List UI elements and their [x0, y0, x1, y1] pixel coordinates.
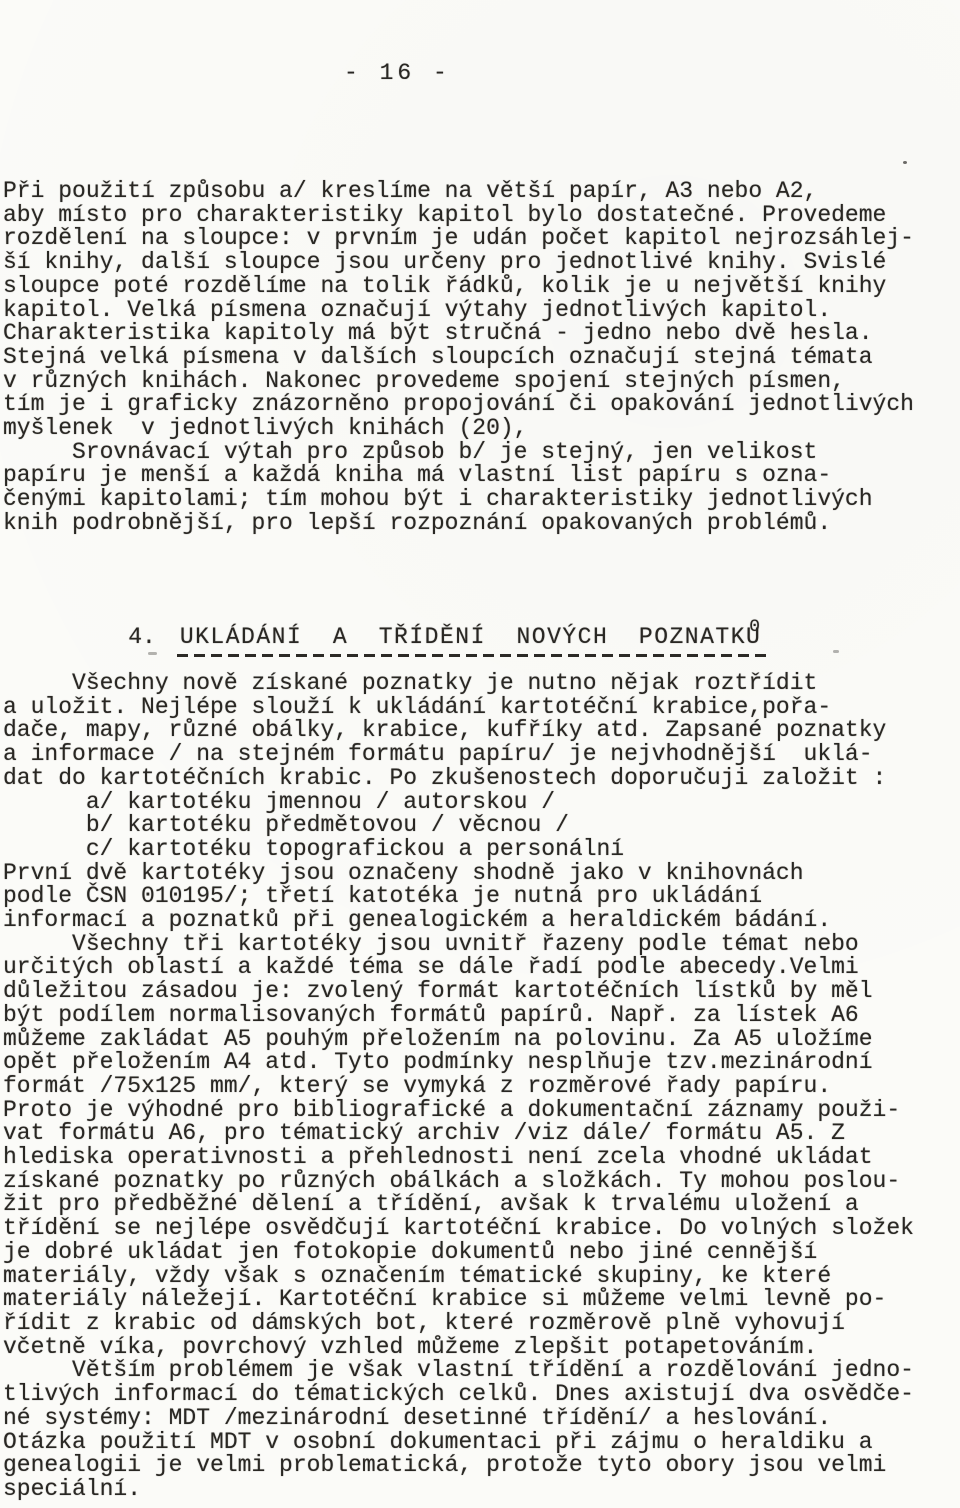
text-line: žit pro předběžné dělení a třídění, avša… — [3, 1193, 914, 1217]
text-line: vat formátu A6, pro tématický archiv /vi… — [3, 1122, 914, 1146]
section-number: 4. — [128, 624, 156, 650]
text-line: a informace / na stejném formátu papíru/… — [3, 743, 914, 767]
text-line: Srovnávací výtah pro způsob b/ je stejný… — [3, 441, 914, 465]
text-line: dat do kartotéčních krabic. Po zkušenost… — [3, 767, 914, 791]
scan-speck — [148, 652, 157, 655]
paragraph-storage-sorting: Všechny nově získané poznatky je nutno n… — [3, 672, 914, 1502]
letter-u-ring: 0 — [749, 614, 760, 640]
text-line: knih podrobnější, pro lepší rozpoznání o… — [3, 512, 914, 536]
text-line: papíru je menší a každá kniha má vlastní… — [3, 464, 914, 488]
text-line: v různých knihách. Nakonec provedeme spo… — [3, 370, 914, 394]
text-line: materiály, vždy však s označením tématic… — [3, 1265, 914, 1289]
scan-speck — [903, 161, 907, 164]
heading-dashed-underline — [177, 654, 767, 657]
text-line: podle ČSN 010195/; třetí katotéka je nut… — [3, 885, 914, 909]
text-line: genealogii je velmi problematická, proto… — [3, 1454, 914, 1478]
text-line: tím je i graficky znázorněno propojování… — [3, 393, 914, 417]
text-line: aby místo pro charakteristiky kapitol by… — [3, 204, 914, 228]
text-line: c/ kartotéku topografickou a personální — [3, 838, 914, 862]
text-line: První dvě kartotéky jsou označeny shodně… — [3, 862, 914, 886]
document-page: - 16 - Při použití způsobu a/ kreslíme n… — [0, 0, 960, 1508]
text-line: Všechny tři kartotéky jsou uvnitř řazeny… — [3, 933, 914, 957]
text-line: informací a poznatků při genealogickém a… — [3, 909, 914, 933]
text-line: kapitol. Velká písmena označují výtahy j… — [3, 299, 914, 323]
text-line: Všechny nově získané poznatky je nutno n… — [3, 672, 914, 696]
text-line: čenými kapitolami; tím mohou být i chara… — [3, 488, 914, 512]
text-line: b/ kartotéku předmětovou / věcnou / — [3, 814, 914, 838]
section-title-text: UKLÁDÁNÍ A TŘÍDĚNÍ NOVÝCH POZNATK — [180, 624, 746, 650]
text-line: důležitou zásadou je: zvolený formát kar… — [3, 980, 914, 1004]
text-line: určitých oblastí a každé téma se dále řa… — [3, 956, 914, 980]
scan-speck — [833, 650, 839, 653]
paragraph-extract-methods: Při použití způsobu a/ kreslíme na větší… — [3, 180, 914, 536]
text-line: opět přeložením A4 atd. Tyto podmínky ne… — [3, 1051, 914, 1075]
text-line: speciální. — [3, 1478, 914, 1502]
text-line: získané poznatky po různých obálkách a s… — [3, 1170, 914, 1194]
text-line: a/ kartotéku jmennou / autorskou / — [3, 791, 914, 815]
text-line: ší knihy, další sloupce jsou určeny pro … — [3, 251, 914, 275]
text-line: je dobré ukládat jen fotokopie dokumentů… — [3, 1241, 914, 1265]
overstruck-letter-u: U0 — [746, 624, 761, 650]
text-line: a uložit. Nejlépe slouží k ukládání kart… — [3, 696, 914, 720]
text-line: hlediska operativnosti a přehlednosti ne… — [3, 1146, 914, 1170]
text-line: myšlenek v jednotlivých knihách (20), — [3, 417, 914, 441]
text-line: né systémy: MDT /mezinárodní desetinné t… — [3, 1407, 914, 1431]
text-line: Proto je výhodné pro bibliografické a do… — [3, 1099, 914, 1123]
text-line: sloupce poté rozdělíme na tolik řádků, k… — [3, 275, 914, 299]
text-line: řídit z krabic od dámských bot, které ro… — [3, 1312, 914, 1336]
text-line: třídění se nejlépe osvědčují kartotéční … — [3, 1217, 914, 1241]
text-line: Větším problémem je však vlastní třídění… — [3, 1359, 914, 1383]
text-line: Stejná velká písmena v dalších sloupcích… — [3, 346, 914, 370]
text-line: včetně víka, povrchový vzhled můžeme zle… — [3, 1336, 914, 1360]
text-line: Charakteristika kapitoly má být stručná … — [3, 322, 914, 346]
text-line: formát /75x125 mm/, který se vymyká z ro… — [3, 1075, 914, 1099]
text-line: tlivých informací do tématických celků. … — [3, 1383, 914, 1407]
section-title: UKLÁDÁNÍ A TŘÍDĚNÍ NOVÝCH POZNATKU0 — [180, 624, 762, 657]
text-line: dače, mapy, různé obálky, krabice, kufří… — [3, 719, 914, 743]
text-line: můžeme zakládat A5 pouhým přeložením na … — [3, 1028, 914, 1052]
text-line: rozdělení na sloupce: v prvním je udán p… — [3, 227, 914, 251]
text-line: materiály náležejí. Kartotéční krabice s… — [3, 1288, 914, 1312]
text-line: být podílem normalisovaných formátů papí… — [3, 1004, 914, 1028]
text-line: Otázka použití MDT v osobní dokumentaci … — [3, 1431, 914, 1455]
text-line: Při použití způsobu a/ kreslíme na větší… — [3, 180, 914, 204]
page-number: - 16 - — [344, 60, 451, 86]
